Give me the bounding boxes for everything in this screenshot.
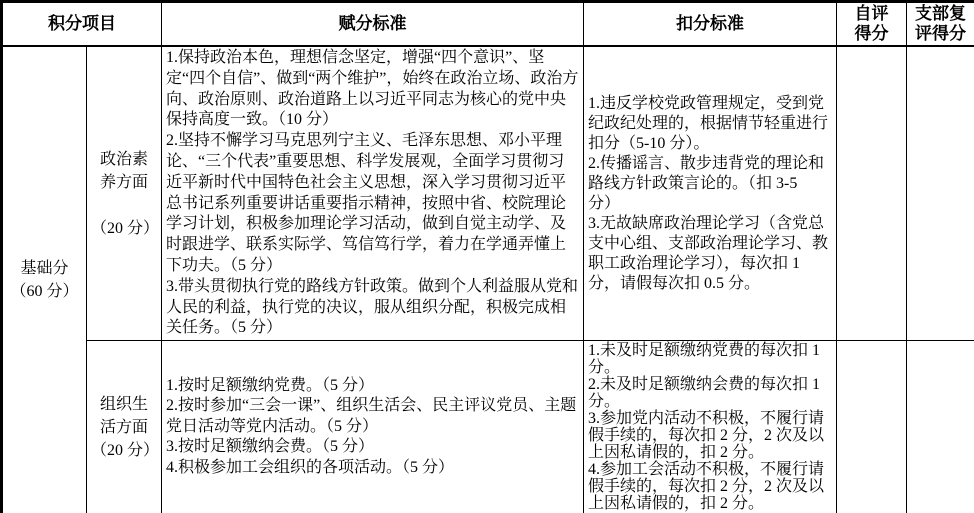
subcategory-cell-organization: 组织生 活方面 （20 分） [87,341,162,513]
table-row-political: 基础分 （60 分） 政治素 养方面 （20 分） 1.保持政治本色，理想信念坚… [2,46,974,341]
subcategory-cell-political: 政治素 养方面 （20 分） [87,46,162,341]
score-table: 积分项目 赋分标准 扣分标准 自评 得分 支部复 评得分 基础分 （60 分） … [0,0,974,513]
header-award-column: 赋分标准 [162,2,584,47]
branch-score-cell-political [907,46,974,341]
category-cell-basic-score: 基础分 （60 分） [2,46,87,513]
header-deduct-column: 扣分标准 [584,2,837,47]
award-criteria-cell-political: 1.保持政治本色，理想信念坚定，增强“四个意识”、坚定“四个自信”、做到“两个维… [162,46,584,341]
document-sheet: 积分项目 赋分标准 扣分标准 自评 得分 支部复 评得分 基础分 （60 分） … [0,0,974,513]
header-item-column: 积分项目 [2,2,162,47]
table-row-organization: 组织生 活方面 （20 分） 1.按时足额缴纳党费。（5 分） 2.按时参加“三… [2,341,974,513]
self-score-cell-political [837,46,907,341]
branch-score-cell-organization [907,341,974,513]
award-criteria-cell-organization: 1.按时足额缴纳党费。（5 分） 2.按时参加“三会一课”、组织生活会、民主评议… [162,341,584,513]
self-score-cell-organization [837,341,907,513]
header-self-score-column: 自评 得分 [837,2,907,47]
header-row: 积分项目 赋分标准 扣分标准 自评 得分 支部复 评得分 [2,2,974,47]
header-branch-score-column: 支部复 评得分 [907,2,974,47]
deduct-criteria-cell-organization: 1.未及时足额缴纳党费的每次扣 1 分。 2.未及时足额缴纳会费的每次扣 1 分… [584,341,837,513]
deduct-criteria-cell-political: 1.违反学校党政管理规定，受到党纪政纪处理的，根据情节轻重进行扣分（5-10 分… [584,46,837,341]
